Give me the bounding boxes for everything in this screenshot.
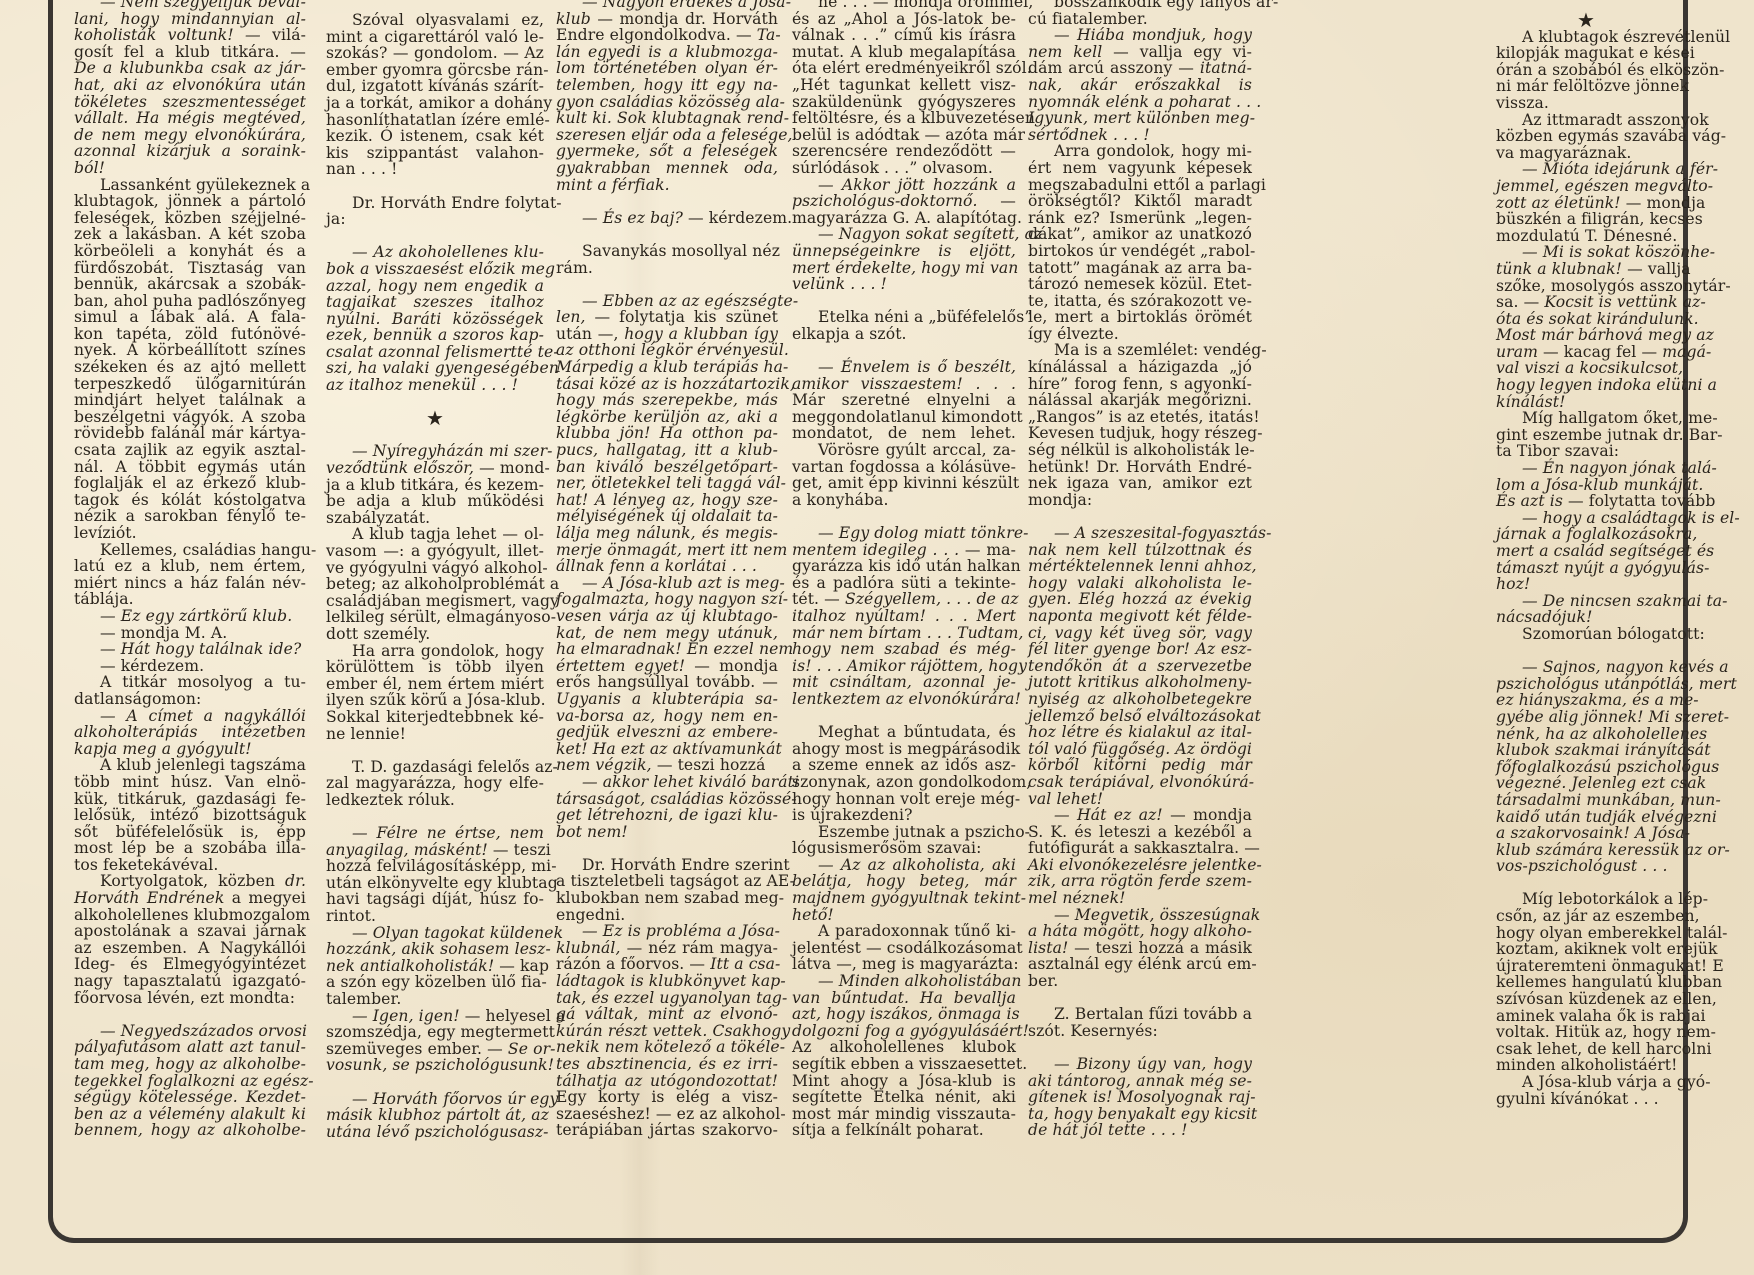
body-text: va magyaráznak.: [1496, 144, 1631, 162]
quote-text: anyagilag, másként!: [326, 841, 493, 859]
text-line: lom a Jósa-klub munkáját.: [1496, 477, 1676, 494]
body-text: voltak. Hitük az, hogy nem-: [1496, 1023, 1716, 1041]
quote-text: — Minden alkoholistában: [818, 972, 1021, 990]
text-line: sítja a felkínált poharat.: [792, 1122, 1016, 1139]
quote-text: azonnal kizárjuk a soraink-: [74, 142, 306, 160]
text-column-3: — Nagyon érdekes a Jósa-klub — mondja dr…: [556, 0, 778, 1139]
text-line: tünk a klubnak! — vallja: [1496, 261, 1676, 278]
quote-text: va-borsa az, hogy nem en-: [556, 707, 778, 725]
text-line: minden alkoholistáért!: [1496, 1057, 1676, 1074]
text-line: Szomorúan bólogatott:: [1496, 626, 1676, 643]
body-text: óta elért eredményeikről szól.: [792, 59, 1032, 77]
body-text: hozzá felvilágosításképp, mi-: [326, 857, 557, 875]
text-line: az eszemben. A Nagykállói: [74, 940, 306, 957]
text-line: talember.: [326, 991, 544, 1008]
text-line: ja a torkát, amikor a dohány: [326, 95, 544, 112]
text-line: tam meg, hogy az alkoholbe-: [74, 1056, 306, 1073]
text-line: dám arcú asszony — itatná-: [1028, 60, 1252, 77]
body-text: te, itatta, és szórakozott ve-: [1028, 292, 1252, 310]
quote-text: — Nyíregyházán mi szer-: [352, 442, 553, 460]
text-line: klub — mondja dr. Horváth: [556, 11, 778, 28]
text-line: voltak. Hitük az, hogy nem-: [1496, 1024, 1676, 1041]
text-line: [1028, 1039, 1252, 1056]
text-line: megszabadulni ettől a parlagi: [1028, 177, 1252, 194]
quote-text: ban kiváló beszélgetőpart-: [556, 458, 778, 476]
quote-text: És azt is: [1496, 492, 1568, 510]
body-text: A klub jelenlegi tagszáma: [100, 756, 306, 774]
quote-text: hat, aki az elvonókúra után: [74, 76, 306, 94]
text-line: ember él, nem értem miért: [326, 676, 544, 693]
text-line: ne lennie!: [326, 726, 544, 743]
text-line: be adja a klub működési: [326, 493, 544, 510]
quote-text: hogy nem szabad és még-: [792, 640, 1016, 658]
quote-text: — De nincsen szakmai ta-: [1522, 592, 1728, 610]
quote-text: gá váltak, mint az elvonó-: [556, 1005, 778, 1023]
body-text: ség nélkül is alkoholisták le-: [1028, 441, 1255, 459]
text-line: hogy legyen indoka elütni a: [1496, 377, 1676, 394]
text-line: telemben, hogy itt egy na-: [556, 77, 778, 94]
text-line: de nem megy elvonókúrára,: [74, 127, 306, 144]
text-line: tól való függőség. Az ördögi: [1028, 741, 1252, 758]
text-line: tak, és ezzel ugyanolyan tag-: [556, 990, 778, 1007]
quote-text: Szégyellem, . . . de az: [845, 590, 1019, 608]
body-text: fürdőszobát. Tisztaság van: [74, 259, 306, 277]
quote-text: — Mióta idejárunk a fér-: [1522, 160, 1718, 178]
body-text: „Hét tagunkat kellett visz-: [792, 76, 1016, 94]
text-line: bennem, hogy az alkoholbe-: [74, 1122, 306, 1139]
text-line: szaeséshez! — ez az alkohol-: [556, 1106, 778, 1123]
text-line: kellemes hangulatú klubban: [1496, 974, 1676, 991]
body-text: vilá-: [272, 26, 306, 44]
text-line: nekik nem kötelező a tökéle-: [556, 1039, 778, 1056]
text-line: gyen. Elég hozzá az évekig: [1028, 591, 1252, 608]
body-text: mozdulatú T. Dénesné.: [1496, 227, 1677, 245]
text-line: klubok szakmai irányítását: [1496, 742, 1676, 759]
text-line: feleségek, közben széjjelné-: [74, 210, 306, 227]
text-line: majdnem gyógyultnak tekint-: [792, 890, 1016, 907]
body-text: foglalják el az érkező klub-: [74, 474, 306, 492]
text-line: uram — kacag fel — magá-: [1496, 344, 1676, 361]
text-line: Ha arra gondolok, hogy: [326, 643, 544, 660]
text-line: „Hét tagunkat kellett visz-: [792, 77, 1016, 94]
quote-text: támaszt nyújt a gyógyulás-: [1496, 559, 1709, 577]
quote-text: — Mi is sokat köszönhe-: [1522, 243, 1715, 261]
quote-text: — hogy a családtagok is el-: [1522, 509, 1740, 527]
text-line: Kortyolgatok, közben dr.: [74, 873, 306, 890]
text-line: magyarázza G. A. alapítótag.: [792, 210, 1016, 227]
body-text: Mint ahogy a Jósa-klub is: [792, 1072, 1016, 1090]
text-line: segítette Etelka nénit, aki: [792, 1089, 1016, 1106]
body-text: feltöltésre, és a klbuvezetésen: [792, 109, 1035, 127]
text-line: [326, 228, 544, 245]
body-text: simul a lábak alá. A fala-: [74, 308, 306, 326]
body-text: kellemes hangulatú klubban: [1496, 973, 1722, 991]
text-line: A klubtagok észrevétlenül: [1496, 29, 1676, 46]
text-line: kapja meg a gyógyult!: [74, 741, 306, 758]
body-text: „Rangos” is az etetés, itatás!: [1028, 408, 1260, 426]
text-line: koholisták voltunk! — vilá-: [74, 27, 306, 44]
body-text: kínálással a házigazda „jó: [1028, 358, 1252, 376]
body-text: ni már felöltözve jönnek: [1496, 77, 1689, 95]
text-line: nem kell — vallja egy vi-: [1028, 44, 1252, 61]
text-line: Dr. Horváth Endre szerint: [556, 857, 778, 874]
body-text: ban, ahol puha padlószőnyeg: [74, 292, 306, 310]
quote-text: nekik nem kötelező a tökéle-: [556, 1038, 785, 1056]
body-text: zek a lakásban. A két szoba: [74, 225, 306, 243]
text-line: szokás? — gondolom. — Az: [326, 45, 544, 62]
quote-text: ezek, bennük a szoros kap-: [326, 326, 544, 344]
quote-text: magá-: [1662, 343, 1711, 361]
text-line: nem végzik, — teszi hozzá: [556, 757, 778, 774]
quote-text: — Ez is probléma a Jósa-: [582, 922, 780, 940]
quote-text: — Az akoholellenes klu-: [352, 243, 544, 261]
text-line: beteg; az alkoholproblémát a: [326, 576, 544, 593]
text-line: [792, 708, 1016, 725]
quote-text: Kocsit is vettünk az-: [1544, 293, 1705, 311]
text-line: mentem idegileg . . . — ma-: [792, 542, 1016, 559]
text-line: és a padlóra süti a tekinte-: [792, 575, 1016, 592]
text-line: nálással akarják megőrizni.: [1028, 392, 1252, 409]
text-line: lentkeztem az elvonókúrára!: [792, 691, 1016, 708]
quote-text: klubnál,: [556, 939, 627, 957]
text-line: táblája.: [74, 591, 306, 608]
text-line: get létrehozni, de igazi klu-: [556, 807, 778, 824]
text-line: dul, izgatott kívánás szárít-: [326, 78, 544, 95]
body-text: — mondja dr. Horváth: [597, 10, 778, 28]
text-line: mutat. A klub megalapítása: [792, 44, 1016, 61]
text-line: tásai közé az is hozzátartozik,: [556, 376, 778, 393]
body-text: rám.: [556, 259, 593, 277]
text-line: jutott kritikus alkoholmeny-: [1028, 674, 1252, 691]
quote-text: tes absztinencia, és ez irri-: [556, 1055, 778, 1073]
text-line: Arra gondolok, hogy mi-: [1028, 143, 1252, 160]
quote-text: zik, arra rögtön ferde szem-: [1028, 872, 1252, 890]
quote-text: nek antialkoholisták!: [326, 957, 499, 975]
quote-text: hozzánk, akik sohasem lesz-: [326, 940, 551, 958]
quote-text: szi, ha valaki gyengeségében: [326, 359, 559, 377]
quote-text: mentem idegileg . . .: [792, 541, 965, 559]
quote-text: tünk a klubnak!: [1496, 260, 1627, 278]
quote-text: — Hát ez az!: [1054, 806, 1170, 824]
text-line: T. D. gazdasági felelős az-: [326, 759, 544, 776]
body-text: kezik. Ó istenem, csak két: [326, 127, 544, 145]
text-line: szemüveges ember. — Se or-: [326, 1041, 544, 1058]
quote-text: bennem, hogy az alkoholbe-: [74, 1121, 306, 1139]
text-line: belátja, hogy beteg, már: [792, 873, 1016, 890]
text-line: Dr. Horváth Endre folytat-: [326, 195, 544, 212]
body-text: segítette Etelka nénit, aki: [792, 1088, 1016, 1106]
body-text: ember gyomra görcsbe rán-: [326, 61, 549, 79]
quote-text: pszichológus utánpótlás, mert: [1496, 675, 1737, 693]
body-text: vissza.: [1496, 94, 1549, 112]
body-text: Szomorúan bólogatott:: [1522, 625, 1705, 643]
text-line: nézik a sarokban fénylő te-: [74, 508, 306, 525]
quote-text: mit csináltam, azonnal je-: [792, 673, 1016, 691]
quote-text: van bűntudat. Ha bevallja: [792, 989, 1016, 1007]
quote-text: lán egyedi is a klubmozga-: [556, 43, 778, 61]
body-text: engedni.: [556, 906, 625, 924]
text-line: ★: [326, 410, 544, 427]
body-text: Szóval olyasvalami ez,: [352, 11, 544, 29]
text-line: latú ez a klub, nem értem,: [74, 558, 306, 575]
quote-text: merje önmagát, mert itt nem: [556, 541, 787, 559]
text-line: a szón egy közelben ülő fia-: [326, 974, 544, 991]
body-text: Dr. Horváth Endre szerint: [582, 856, 790, 874]
text-line: társaságot, családias közössé-: [556, 791, 778, 808]
body-text: kük, titkáruk, gazdasági fe-: [74, 790, 306, 808]
body-text: alkoholellenes klubmozgalom: [74, 906, 310, 924]
text-line: A klub tagja lehet — ol-: [326, 526, 544, 543]
quote-text: azt, hogy iszákos, önmaga is: [792, 1005, 1020, 1023]
body-text: — mondja M. A.: [100, 624, 227, 642]
text-line: — Ebben az az egészségte-: [556, 293, 778, 310]
quote-text: mert a család segítséget és: [1496, 542, 1714, 560]
text-line: mit csináltam, azonnal je-: [792, 674, 1016, 691]
body-text: — vallja egy vi-: [1113, 43, 1252, 61]
body-text: — néz rám magya-: [627, 939, 778, 957]
text-line: gyon családias közösség ala-: [556, 94, 778, 111]
body-text: A Jósa-klub várja a gyó-: [1522, 1073, 1711, 1091]
text-line: zal magyarázza, hogy elfe-: [326, 775, 544, 792]
body-text: több mint húsz. Van elnö-: [74, 773, 306, 791]
text-line: főfoglalkozású pszichológus: [1496, 759, 1676, 776]
text-line: Meghat a bűntudata, és: [792, 724, 1016, 741]
text-line: — Ez is probléma a Jósa-: [556, 923, 778, 940]
body-text: Dr. Horváth Endre folytat-: [352, 194, 562, 212]
text-line: nyiség az alkoholbetegekre: [1028, 691, 1252, 708]
text-line: és az „Ahol a Jós-latok be-: [792, 11, 1016, 28]
body-text: szót. Kesernyés:: [1028, 1022, 1158, 1040]
quote-text: vos-pszichológust . . .: [1496, 857, 1668, 875]
text-line: kínálással a házigazda „jó: [1028, 359, 1252, 376]
text-line: gyakrabban mennek oda,: [556, 160, 778, 177]
body-text: meggondolatlanul kimondott: [792, 408, 1023, 426]
text-line: kilopják magukat e kései: [1496, 45, 1676, 62]
quote-text: azzal, hogy nem engedik a: [326, 277, 544, 295]
text-line: tatott” magának az arra ba-: [1028, 260, 1252, 277]
quote-text: ha elmaradnak! Én ezzel nem: [556, 640, 793, 658]
body-text: Az alkoholellenes klubok: [792, 1038, 1016, 1056]
quote-text: tegekkel foglalkozni az egész-: [74, 1072, 314, 1090]
quote-text: Ugyanis a klubterápia sa-: [556, 690, 778, 708]
text-line: kaidő után tudják elvégezni: [1496, 809, 1676, 826]
text-line: hogy valaki alkoholista le-: [1028, 575, 1252, 592]
text-line: — Ez egy zártkörű klub.: [74, 608, 306, 625]
text-line: Ugyanis a klubterápia sa-: [556, 691, 778, 708]
text-line: klubokban nem szabad meg-: [556, 890, 778, 907]
body-text: T. D. gazdasági felelős az-: [352, 758, 558, 776]
quote-text: tak, és ezzel ugyanolyan tag-: [556, 989, 787, 1007]
quote-text: mértéktelennek lenni ahhoz,: [1028, 557, 1257, 575]
text-line: tározó nemesek közül. Etet-: [1028, 276, 1252, 293]
text-line: asztalnál egy élénk arcú em-: [1028, 956, 1252, 973]
quote-text: vesen várja az új klubtago-: [556, 607, 778, 625]
body-text: gyarázza kis idő után halkan: [792, 557, 1021, 575]
quote-text: gyermeke, sőt a feleségek: [556, 142, 778, 160]
quote-text: hoz!: [1496, 575, 1530, 593]
quote-text: ünnepségeinkre is eljött,: [792, 242, 1016, 260]
body-text: Etelka néni a „büféfelelős”: [818, 308, 1032, 326]
text-line: apostolának a szavai járnak: [74, 923, 306, 940]
text-line: veződtünk először, — mond-: [326, 460, 544, 477]
body-text: apostolának a szavai járnak: [74, 922, 306, 940]
body-text: miért nincs a ház falán név-: [74, 574, 306, 592]
body-text: — mondja: [1626, 194, 1706, 212]
text-line: pszichológus utánpótlás, mert: [1496, 676, 1676, 693]
text-line: ha elmaradnak! Én ezzel nem: [556, 641, 778, 658]
body-text: — ma-: [965, 541, 1016, 559]
quote-text: — Egy dolog miatt tönkre-: [818, 524, 1029, 542]
text-line: kon tapéta, zöld futónövé-: [74, 326, 306, 343]
body-text: ránk ez? Ismerünk „legen-: [1028, 209, 1252, 227]
body-text: — kacag fel —: [1543, 343, 1662, 361]
text-line: sőt büféfelelősük is, épp: [74, 824, 306, 841]
text-line: [792, 293, 1016, 310]
text-line: mint a férfiak.: [556, 177, 778, 194]
text-line: gá váltak, mint az elvonó-: [556, 1006, 778, 1023]
body-text: vartan fogdossa a kólásüve-: [792, 458, 1016, 476]
text-line: nácsadójuk!: [1496, 609, 1676, 626]
text-line: csata zajlik az egyik asztal-: [74, 442, 306, 459]
body-text: ne lennie!: [326, 725, 406, 743]
text-line: hat! A lényeg az, hogy sze-: [556, 492, 778, 509]
text-line: szót. Kesernyés:: [1028, 1023, 1252, 1040]
text-column-1: — Nem szégyelljük bevál-lani, hogy minda…: [74, 0, 306, 1139]
text-line: gyulni kívánókat . . .: [1496, 1091, 1676, 1108]
text-line: — Mi is sokat köszönhe-: [1496, 244, 1676, 261]
body-text: mindjárt helyet találnak a: [74, 391, 306, 409]
body-text: ahogy most is megpárásodik: [792, 740, 1020, 758]
body-text: kis szippantást valahon-: [326, 144, 544, 162]
text-line: ban kiváló beszélgetőpart-: [556, 459, 778, 476]
body-text: jelentést — csodálkozásomat: [792, 939, 1023, 957]
text-line: óta és sokat kirándulunk.: [1496, 311, 1676, 328]
quote-text: nak nem kell túlzottnak és: [1028, 541, 1252, 559]
body-text: futófigurát a sakkasztalra. —: [1028, 839, 1260, 857]
text-line: A titkár mosolyog a tu-: [74, 674, 306, 691]
text-line: a szeme ennek az idős asz-: [792, 757, 1016, 774]
text-line: gyarázza kis idő után halkan: [792, 558, 1016, 575]
quote-text: kult ki. Sok klubtagnak rend-: [556, 109, 789, 127]
text-line: hogy más szerepekbe, más: [556, 392, 778, 409]
quote-text: jellemző belső elváltozásokat: [1028, 707, 1261, 725]
text-line: — Olyan tagokat küldenek: [326, 925, 544, 942]
text-line: súrlódások . . .” olvasom.: [792, 160, 1016, 177]
quote-text: Márpedig a klub terápiás ha-: [556, 358, 788, 376]
text-line: több mint húsz. Van elnö-: [74, 774, 306, 791]
quote-text: — Én nagyon jónak talá-: [1522, 459, 1717, 477]
text-line: után —, hogy a klubban így: [556, 326, 778, 343]
text-line: is! . . . Amikor rájöttem, hogy: [792, 658, 1016, 675]
text-line: már nem bírtam . . . Tudtam,: [792, 625, 1016, 642]
text-line: szeresen eljár oda a felesége,: [556, 127, 778, 144]
body-text: zal magyarázza, hogy elfe-: [326, 774, 544, 792]
quote-text: belátja, hogy beteg, már: [792, 872, 1016, 890]
quote-text: tálhatja az utógondozottat!: [556, 1072, 778, 1090]
text-line: rintot.: [326, 908, 544, 925]
body-text: rövidebb falánál már kártya-: [74, 424, 306, 442]
quote-text: hogy a klubban így: [624, 325, 778, 343]
text-line: miért nincs a ház falán név-: [74, 575, 306, 592]
body-text: súrlódások . . .” olvasom.: [792, 159, 993, 177]
text-line: datlanságomon:: [74, 691, 306, 708]
text-line: Eszembe jutnak a pszicho-: [792, 824, 1016, 841]
text-column-5: bosszankodik egy lányos ar-cú fiatalembe…: [1028, 0, 1252, 1139]
text-line: Most már bárhová megy az: [1496, 327, 1676, 344]
text-line: ból!: [74, 160, 306, 177]
quote-text: ci, vagy két üveg sör, vagy: [1028, 624, 1252, 642]
body-text: büszkén a filigrán, kecses: [1496, 210, 1703, 228]
text-line: ért nem vagyunk képesek: [1028, 160, 1252, 177]
body-text: ember él, nem értem miért: [326, 675, 544, 693]
body-text: családjában megismert, vagy: [326, 592, 559, 610]
quote-text: a háta mögött, hogy alkoho-: [1028, 922, 1252, 940]
body-text: — kérdezem.: [688, 209, 792, 227]
quote-text: körből kitörni pedig már: [1028, 756, 1252, 774]
text-line: — hogy a családtagok is el-: [1496, 510, 1676, 527]
text-line: bennük, akárcsak a szobák-: [74, 276, 306, 293]
body-text: ta Tibor szavai:: [1496, 442, 1619, 460]
body-text: Kortyolgatok, közben: [100, 872, 285, 890]
quote-text: értettem egyet!: [556, 657, 694, 675]
text-line: óta elért eredményeikről szól.: [792, 60, 1016, 77]
text-line: S. K. és leteszi a kezéből a: [1028, 824, 1252, 841]
text-line: újrateremteni önmagukat! E: [1496, 958, 1676, 975]
text-line: — Nagyon sokat segített, az: [792, 226, 1016, 243]
body-text: körülöttem is több ilyen: [326, 658, 544, 676]
text-line: hető!: [792, 907, 1016, 924]
text-line: légkörbe kerüljön az, aki a: [556, 409, 778, 426]
text-line: mint a cigarettáról való le-: [326, 29, 544, 46]
body-text: levíziót.: [74, 524, 137, 542]
quote-text: tam meg, hogy az alkoholbe-: [74, 1055, 306, 1073]
body-text: vasom —: a gyógyult, illet-: [326, 542, 544, 560]
text-line: a háta mögött, hogy alkoho-: [1028, 923, 1252, 940]
quote-text: már nem bírtam . . . Tudtam,: [792, 624, 1024, 642]
text-line: tálhatja az utógondozottat!: [556, 1073, 778, 1090]
text-line: [1496, 875, 1676, 892]
text-line: gedjük elveszni az embere-: [556, 724, 778, 741]
text-line: pályafutásom alatt azt tanul-: [74, 1039, 306, 1056]
body-text: dám arcú asszony —: [1028, 59, 1200, 77]
text-line: Szóval olyasvalami ez,: [326, 12, 544, 29]
text-line: [792, 508, 1016, 525]
quote-text: dr.: [285, 872, 306, 890]
text-line: sa. — Kocsit is vettünk az-: [1496, 294, 1676, 311]
body-text: nyek. A körbeállított színes: [74, 341, 306, 359]
body-text: minden alkoholistáért!: [1496, 1056, 1678, 1074]
quote-text: — Ez egy zártkörű klub.: [100, 607, 292, 625]
text-line: — A szeszesital-fogyasztás-: [1028, 525, 1252, 542]
quote-text: majdnem gyógyultnak tekint-: [792, 889, 1026, 907]
quote-text: kaidő után tudják elvégezni: [1496, 808, 1717, 826]
body-text: a szeme ennek az idős asz-: [792, 756, 1016, 774]
body-text: dul, izgatott kívánás szárít-: [326, 77, 544, 95]
quote-text: kúrán részt vettek. Csakhogy: [556, 1022, 790, 1040]
text-line: sértődnek . . . !: [1028, 127, 1252, 144]
quote-text: nyúlni. Baráti közösségek: [326, 310, 544, 328]
text-column-6: ★A klubtagok észrevétlenülkilopják maguk…: [1496, 12, 1676, 1107]
text-line: — akkor lehet kiváló baráti: [556, 774, 778, 791]
quote-text: len,: [556, 308, 595, 326]
text-line: A klub jelenlegi tagszáma: [74, 757, 306, 774]
text-line: mondja:: [1028, 492, 1252, 509]
quote-text: kat, de nem megy utánuk,: [556, 624, 778, 642]
body-text: ber.: [1028, 972, 1058, 990]
quote-text: társadalmi munkában, mun-: [1496, 791, 1721, 809]
quote-text: nak, akár erőszakkal is: [1028, 76, 1252, 94]
quote-text: végezné. Jelenleg ezt csak: [1496, 774, 1706, 792]
